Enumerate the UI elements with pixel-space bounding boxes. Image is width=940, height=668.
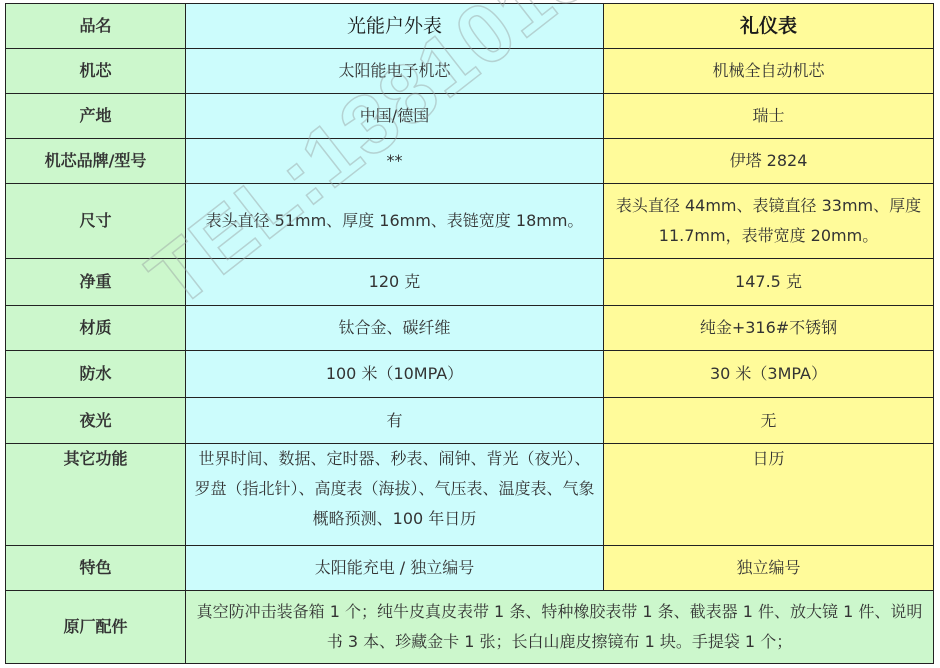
footer-value: 真空防冲击装备箱 1 个；纯牛皮真皮表带 1 条、特种橡胶表带 1 条、截表器 … [186,591,934,664]
row-col2-value: 瑞士 [604,94,934,139]
comparison-table: 品名 光能户外表 礼仪表 机芯 太阳能电子机芯 机械全自动机芯 产地 中国/德国… [5,3,934,664]
row-col2-value: 纯金+316#不锈钢 [604,306,934,351]
row-label: 尺寸 [6,184,186,259]
header-label: 品名 [6,4,186,49]
table-row: 机芯 太阳能电子机芯 机械全自动机芯 [6,49,934,94]
row-col1-value: 表头直径 51mm、厚度 16mm、表链宽度 18mm。 [186,184,604,259]
row-col2-value: 伊塔 2824 [604,139,934,184]
row-label: 特色 [6,546,186,591]
row-label: 产地 [6,94,186,139]
row-label: 其它功能 [6,444,186,546]
row-label: 夜光 [6,398,186,444]
table-row: 其它功能 世界时间、数据、定时器、秒表、闹钟、背光（夜光）、罗盘（指北针）、高度… [6,444,934,546]
row-label: 净重 [6,259,186,306]
table-footer-row: 原厂配件 真空防冲击装备箱 1 个；纯牛皮真皮表带 1 条、特种橡胶表带 1 条… [6,591,934,664]
row-col1-value: 钛合金、碳纤维 [186,306,604,351]
row-col2-value: 日历 [604,444,934,546]
row-col2-value: 独立编号 [604,546,934,591]
table-row: 净重 120 克 147.5 克 [6,259,934,306]
row-label: 材质 [6,306,186,351]
row-col1-value: 中国/德国 [186,94,604,139]
footer-label: 原厂配件 [6,591,186,664]
row-col1-value: 世界时间、数据、定时器、秒表、闹钟、背光（夜光）、罗盘（指北针）、高度表（海拔）… [186,444,604,546]
row-col1-value: 太阳能充电 / 独立编号 [186,546,604,591]
row-col2-value: 147.5 克 [604,259,934,306]
table-row: 机芯品牌/型号 ** 伊塔 2824 [6,139,934,184]
row-col1-value: ** [186,139,604,184]
row-label: 机芯品牌/型号 [6,139,186,184]
header-col1-product: 光能户外表 [186,4,604,49]
row-label: 防水 [6,351,186,398]
header-col2-product: 礼仪表 [604,4,934,49]
table-row: 材质 钛合金、碳纤维 纯金+316#不锈钢 [6,306,934,351]
row-col1-value: 有 [186,398,604,444]
table-row: 尺寸 表头直径 51mm、厚度 16mm、表链宽度 18mm。 表头直径 44m… [6,184,934,259]
row-label: 机芯 [6,49,186,94]
row-col2-value: 机械全自动机芯 [604,49,934,94]
row-col1-value: 100 米（10MPA） [186,351,604,398]
table-row: 产地 中国/德国 瑞士 [6,94,934,139]
table-row: 防水 100 米（10MPA） 30 米（3MPA） [6,351,934,398]
table-row: 夜光 有 无 [6,398,934,444]
row-col2-value: 30 米（3MPA） [604,351,934,398]
table-header-row: 品名 光能户外表 礼仪表 [6,4,934,49]
row-col2-value: 表头直径 44mm、表镜直径 33mm、厚度 11.7mm，表带宽度 20mm。 [604,184,934,259]
table-row: 特色 太阳能充电 / 独立编号 独立编号 [6,546,934,591]
row-col1-value: 120 克 [186,259,604,306]
row-col2-value: 无 [604,398,934,444]
row-col1-value: 太阳能电子机芯 [186,49,604,94]
